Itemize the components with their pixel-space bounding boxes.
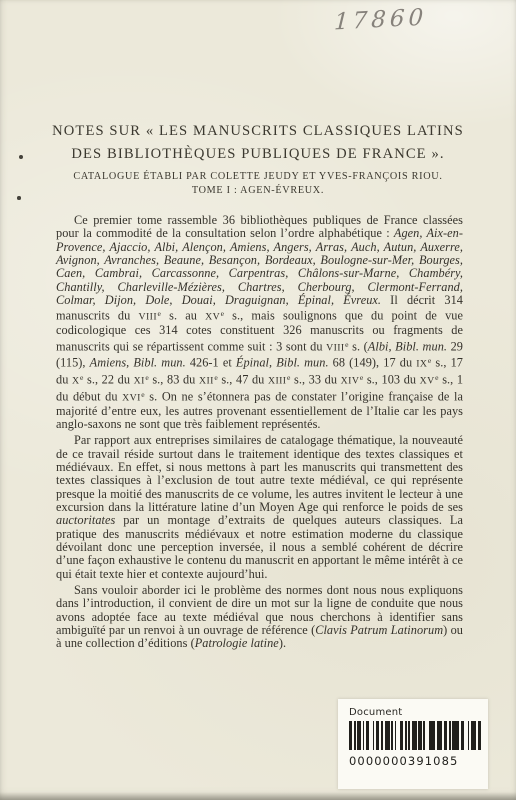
body-paragraphs: Ce premier tome rassemble 36 bibliothèqu… [56, 214, 463, 654]
scanned-document-page: 17860 NOTES SUR « LES MANUSCRITS CLASSIQ… [0, 0, 516, 800]
page-title-line-2: DES BIBLIOTHÈQUES PUBLIQUES DE FRANCE ». [0, 143, 516, 166]
barcode-bars [349, 721, 488, 750]
page-title-line-1: NOTES SUR « LES MANUSCRITS CLASSIQUES LA… [0, 120, 516, 143]
paragraph: Sans vouloir aborder ici le problème des… [56, 584, 463, 651]
catalogue-credit-line: CATALOGUE ÉTABLI PAR COLETTE JEUDY ET YV… [0, 170, 516, 184]
paragraph: Ce premier tome rassemble 36 bibliothèqu… [56, 214, 463, 431]
tome-line: TOME I : AGEN-ÉVREUX. [0, 184, 516, 198]
paragraph: Par rapport aux entreprises similaires d… [56, 434, 463, 581]
scan-bottom-shadow [0, 792, 516, 800]
document-header: NOTES SUR « LES MANUSCRITS CLASSIQUES LA… [0, 120, 516, 197]
barcode-label-text: Document [349, 707, 488, 718]
handwritten-accession-number: 17860 [333, 5, 427, 36]
barcode-sticker: Document 0000000391085 [338, 699, 488, 789]
barcode-value: 0000000391085 [349, 754, 488, 768]
